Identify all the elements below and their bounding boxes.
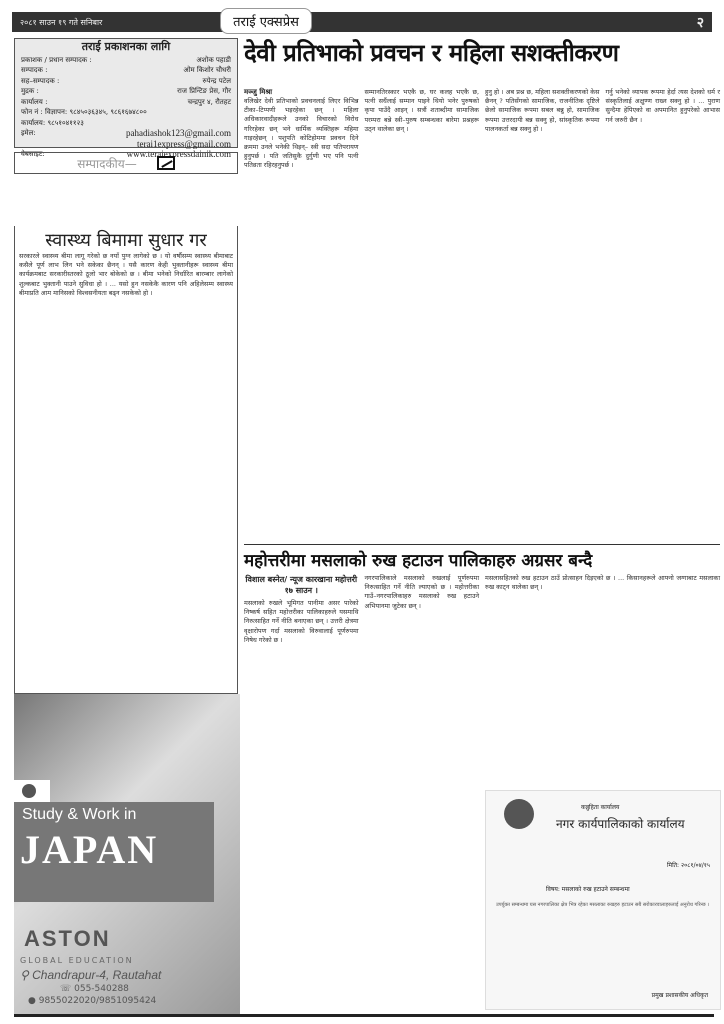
column-text: वलिखेर देवी प्रतिभाको प्रवचनलाई लिएर विभ… bbox=[244, 97, 359, 171]
notice-signatory: प्रमुख प्रशासकीय अधिकृत bbox=[652, 991, 708, 999]
notice-subject: विषय: मसलाको रुख हटाउने सम्बन्धमा bbox=[546, 885, 630, 893]
info-value: ओम किशोर चौधरी bbox=[183, 65, 231, 76]
article-body: मञ्जु मिश्रावलिखेर देवी प्रतिभाको प्रवचन… bbox=[244, 88, 720, 543]
notice-date: मिति: २०८१/०४/१५ bbox=[667, 861, 710, 869]
masthead: तराई एक्सप्रेस bbox=[220, 8, 312, 34]
issue-date: २०८१ साउन १९ गते सनिबार bbox=[20, 17, 102, 28]
column-text: नगरपालिकाले मसलाको रुखलाई पूर्णरुपमा निर… bbox=[365, 574, 480, 611]
office-phone: कार्यालय: ९८५१०४११२३ bbox=[21, 118, 231, 129]
column-text: सम्मानतिरस्कार भएकै छ, घर कलह भएकै छ, पत… bbox=[365, 88, 480, 134]
column-text: मसलाको रुखले भूमिगत पानीमा असर पारेको नि… bbox=[244, 599, 359, 645]
byline: मञ्जु मिश्रा bbox=[244, 88, 359, 97]
info-value: राज प्रिन्टिङ प्रेस, गौर bbox=[177, 86, 231, 97]
page-number: २ bbox=[697, 13, 704, 32]
info-row: कार्यालय :चन्द्रपुर ४, रौतहट bbox=[21, 97, 231, 108]
email-label: इमेल: bbox=[21, 128, 36, 139]
mobile-text: 9855022020/9851095424 bbox=[39, 996, 157, 1006]
publisher-infobox: तराई प्रकाशनका लागि प्रकाशक / प्रधान सम्… bbox=[14, 38, 238, 148]
ad-address: ⚲ Chandrapur-4, Rautahat bbox=[20, 968, 161, 982]
ad-phone: ☏ 055-540288 bbox=[60, 984, 129, 994]
notice-office-small: कन्नुहिता कार्यालय bbox=[581, 803, 619, 811]
column-text: मसलासहितको रुख हटाउन ठाउँ प्रोत्साहन दिइ… bbox=[485, 574, 720, 592]
phone-text: 055-540288 bbox=[74, 984, 129, 994]
info-value: अशोक पहाडी bbox=[196, 55, 231, 66]
info-label: सम्पादक : bbox=[21, 65, 47, 76]
email-link[interactable]: pahadiashok123@gmail.com bbox=[126, 128, 231, 139]
info-row: मुद्रक :राज प्रिन्टिङ प्रेस, गौर bbox=[21, 86, 231, 97]
email-row: इमेल:pahadiashok123@gmail.com bbox=[21, 128, 231, 139]
article2-title: महोत्तरीमा मसलाको रुख हटाउन पालिकाहरु अग… bbox=[244, 548, 720, 571]
pen-icon bbox=[157, 156, 175, 170]
info-label: प्रकाशक / प्रधान सम्पादक : bbox=[21, 55, 92, 66]
phone-line: फोन नं : विज्ञापन: ९८४५०३६३४५, ९८६१६७४८०… bbox=[21, 107, 231, 118]
article-column: नगरपालिकाले मसलाको रुखलाई पूर्णरुपमा निर… bbox=[365, 574, 480, 1014]
article-column: गर्नु भनेको व्यापक रूपमा हेर्दा त्यस देश… bbox=[606, 88, 721, 543]
dateline: विशाल बस्नेत/ न्यूज कारखाना महोत्तरी १७ … bbox=[244, 574, 359, 596]
info-value: रुपेन्द्र पटेल bbox=[202, 76, 231, 87]
official-notice: कन्नुहिता कार्यालय नगर कार्यपालिकाको कार… bbox=[485, 790, 721, 1010]
email-link[interactable]: terai1express@gmail.com bbox=[137, 139, 231, 150]
column-text: हुनु हो । अब प्रश्न छ, महिला सशक्तीकरणको… bbox=[485, 88, 600, 134]
japan-flag-icon bbox=[14, 780, 50, 804]
article-title: देवी प्रतिभाको प्रवचन र महिला सशक्तीकरण bbox=[244, 36, 720, 69]
info-label: मुद्रक : bbox=[21, 86, 39, 97]
ad-country: JAPAN bbox=[20, 826, 158, 873]
article-column: हुनु हो । अब प्रश्न छ, महिला सशक्तीकरणको… bbox=[485, 88, 600, 543]
info-label: सह–सम्पादक : bbox=[21, 76, 59, 87]
info-label: कार्यालय : bbox=[21, 97, 47, 108]
divider bbox=[244, 544, 720, 545]
email-row: terai1express@gmail.com bbox=[21, 139, 231, 150]
article-column: सम्मानतिरस्कार भएकै छ, घर कलह भएकै छ, पत… bbox=[365, 88, 480, 543]
japan-study-ad[interactable]: Study & Work in JAPAN ASTON GLOBAL EDUCA… bbox=[14, 694, 240, 1014]
address-text: Chandrapur-4, Rautahat bbox=[32, 968, 161, 982]
notice-body: उपर्युक्त सम्बन्धमा यस नगरपालिका क्षेत्र… bbox=[496, 901, 710, 909]
infobox-title: तराई प्रकाशनका लागि bbox=[21, 42, 231, 53]
editorial-box: सरकारले स्वास्थ्य बीमा लागू गरेको छ नयाँ… bbox=[14, 226, 238, 694]
notice-office: नगर कार्यपालिकाको कार्यालय bbox=[556, 815, 685, 832]
ad-mobile: ● 9855022020/9851095424 bbox=[28, 996, 156, 1006]
info-row: प्रकाशक / प्रधान सम्पादक :अशोक पहाडी bbox=[21, 55, 231, 66]
editorial-label: सम्पादकीय— bbox=[77, 155, 137, 172]
article-column: मञ्जु मिश्रावलिखेर देवी प्रतिभाको प्रवचन… bbox=[244, 88, 359, 543]
page-header: २०८१ साउन १९ गते सनिबार २ bbox=[12, 12, 712, 32]
emblem-icon bbox=[504, 799, 534, 829]
brand-sub: GLOBAL EDUCATION bbox=[20, 956, 134, 965]
editorial-heading: सम्पादकीय— bbox=[14, 152, 238, 174]
info-row: सम्पादक :ओम किशोर चौधरी bbox=[21, 65, 231, 76]
editorial-text: सरकारले स्वास्थ्य बीमा लागू गरेको छ नयाँ… bbox=[19, 252, 233, 298]
article-column: विशाल बस्नेत/ न्यूज कारखाना महोत्तरी १७ … bbox=[244, 574, 359, 1014]
info-value: चन्द्रपुर ४, रौतहट bbox=[188, 97, 231, 108]
ad-headline: Study & Work in bbox=[22, 806, 136, 824]
info-row: सह–सम्पादक :रुपेन्द्र पटेल bbox=[21, 76, 231, 87]
brand-logo: ASTON bbox=[24, 926, 111, 952]
column-text: गर्नु भनेको व्यापक रूपमा हेर्दा त्यस देश… bbox=[606, 88, 721, 125]
footer-rule bbox=[14, 1014, 714, 1017]
